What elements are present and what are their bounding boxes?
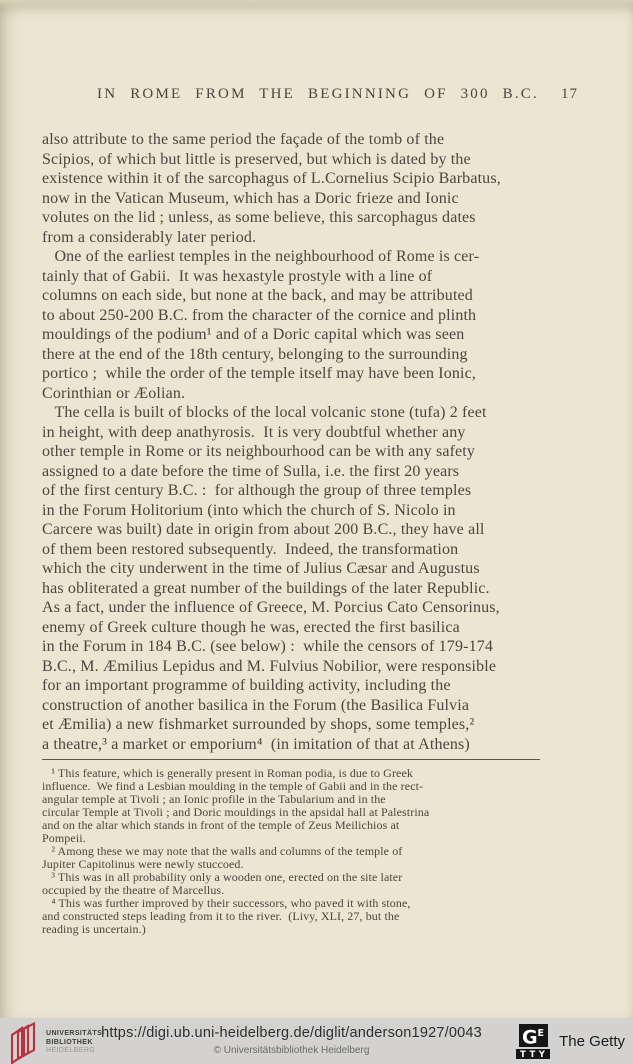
- footnote-4: ⁴ This was further improved by their suc…: [42, 897, 602, 936]
- getty-label: The Getty: [559, 1033, 625, 1050]
- paragraph-1: also attribute to the same period the fa…: [42, 130, 602, 247]
- getty-monogram-tty: TTY: [520, 1050, 548, 1059]
- scanned-page-view: IN ROME FROM THE BEGINNING OF 300 B.C. 1…: [0, 0, 633, 1064]
- running-title: IN ROME FROM THE BEGINNING OF 300 B.C.: [97, 86, 539, 102]
- source-url[interactable]: https://digi.ub.uni-heidelberg.de/diglit…: [80, 1025, 503, 1041]
- copyright-notice: © Universitätsbibliothek Heidelberg: [80, 1045, 503, 1056]
- footnote-3: ³ This was in all probability only a woo…: [42, 871, 602, 897]
- getty-monogram-e: E: [538, 1028, 545, 1039]
- getty-monogram-g: G: [522, 1027, 538, 1049]
- body-text: also attribute to the same period the fa…: [42, 130, 602, 754]
- footnotes: ¹ This feature, which is generally prese…: [42, 767, 602, 936]
- paragraph-3: The cella is built of blocks of the loca…: [42, 403, 602, 754]
- footnote-2: ² Among these we may note that the walls…: [42, 845, 602, 871]
- page-number: 17: [561, 86, 578, 103]
- getty-logo: G E TTY The Getty: [516, 1024, 625, 1059]
- footnote-separator-rule: [42, 759, 540, 760]
- book-page: IN ROME FROM THE BEGINNING OF 300 B.C. 1…: [0, 0, 633, 1018]
- footnote-1: ¹ This feature, which is generally prese…: [42, 767, 602, 845]
- getty-monogram-icon: G E TTY: [516, 1024, 550, 1059]
- running-header: IN ROME FROM THE BEGINNING OF 300 B.C. 1…: [58, 86, 578, 106]
- paragraph-2: One of the earliest temples in the neigh…: [42, 247, 602, 403]
- heidelberg-books-icon: [8, 1022, 40, 1064]
- footer-bar: UNIVERSITÄTS- BIBLIOTHEK HEIDELBERG http…: [0, 1018, 633, 1064]
- footer-source-block: https://digi.ub.uni-heidelberg.de/diglit…: [80, 1025, 503, 1056]
